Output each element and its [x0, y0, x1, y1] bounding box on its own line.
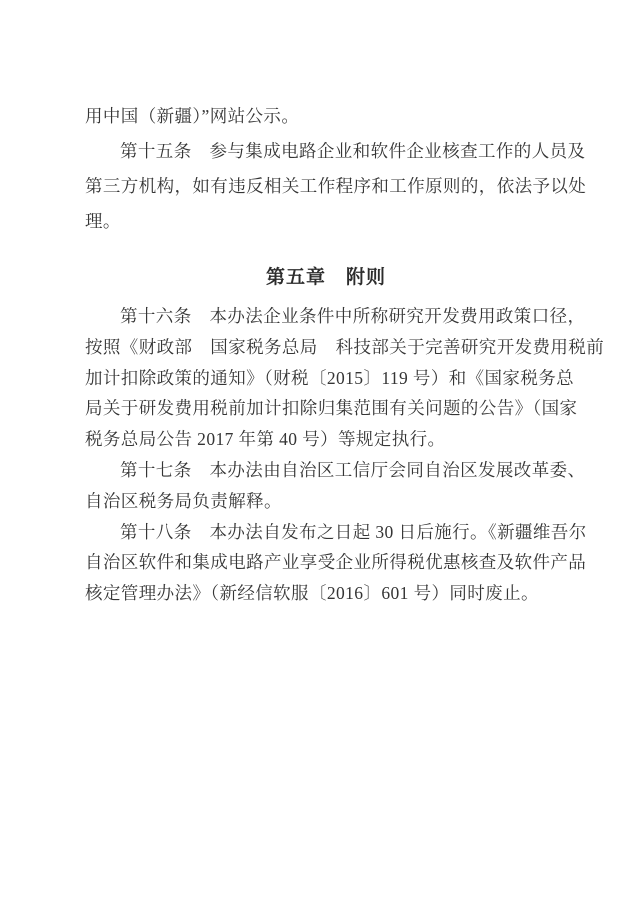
- body-line-article-17: 第十七条 本办法由自治区工信厅会同自治区发展改革委、: [85, 455, 567, 486]
- body-line: 用中国（新疆）”网站公示。: [85, 99, 567, 134]
- body-line: 局关于研发费用税前加计扣除归集范围有关问题的公告》（国家: [85, 393, 567, 424]
- body-line: 自治区税务局负责解释。: [85, 486, 567, 517]
- body-line: 税务总局公告 2017 年第 40 号）等规定执行。: [85, 424, 567, 455]
- body-line-article-15: 第十五条 参与集成电路企业和软件企业核查工作的人员及: [85, 134, 567, 169]
- body-line: 第三方机构，如有违反相关工作程序和工作原则的，依法予以处: [85, 169, 567, 204]
- body-line: 加计扣除政策的通知》（财税〔2015〕119 号）和《国家税务总: [85, 363, 567, 394]
- body-line: 按照《财政部 国家税务总局 科技部关于完善研究开发费用税前: [85, 332, 567, 363]
- document-page: 用中国（新疆）”网站公示。 第十五条 参与集成电路企业和软件企业核查工作的人员及…: [0, 0, 640, 905]
- document-body: 用中国（新疆）”网站公示。 第十五条 参与集成电路企业和软件企业核查工作的人员及…: [85, 99, 567, 609]
- body-line: 自治区软件和集成电路产业享受企业所得税优惠核查及软件产品: [85, 547, 567, 578]
- body-line-article-16: 第十六条 本办法企业条件中所称研究开发费用政策口径，: [85, 301, 567, 332]
- chapter-heading: 第五章 附则: [85, 263, 567, 293]
- body-line: 理。: [85, 204, 567, 239]
- body-line-article-18: 第十八条 本办法自发布之日起 30 日后施行。《新疆维吾尔: [85, 517, 567, 548]
- body-line: 核定管理办法》（新经信软服〔2016〕601 号）同时废止。: [85, 578, 567, 609]
